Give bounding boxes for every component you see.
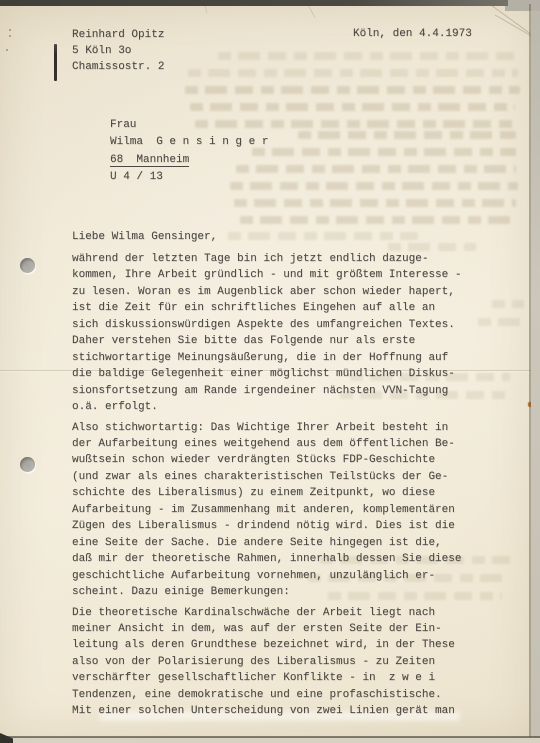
letter-line: Also stichwortartig: Das Wichtige Ihrer … xyxy=(72,420,461,436)
letter-line: Die theoretische Kardinalschwäche der Ar… xyxy=(72,605,461,621)
paragraph: Die theoretische Kardinalschwäche der Ar… xyxy=(72,605,461,720)
letter-line: wußtsein schon wieder verdrängten Stücks… xyxy=(72,452,461,468)
bleedthrough-text xyxy=(298,131,516,139)
bleedthrough-text xyxy=(218,52,518,60)
bleedthrough-text xyxy=(240,216,512,224)
letter-line: kommen, Ihre Arbeit gründlich - und mit … xyxy=(72,267,461,283)
recipient-name: Wilma G e n s i n g e r xyxy=(110,134,268,151)
letter-line: Aufarbeitung - im Zusammenhang mit ander… xyxy=(72,502,461,518)
bleedthrough-text xyxy=(492,300,524,308)
letter-line: Tendenzen, eine demokratische und eine p… xyxy=(72,687,461,703)
margin-pen-mark xyxy=(54,44,57,81)
dateline: Köln, den 4.4.1973 xyxy=(353,26,472,42)
sender-name: Reinhard Opitz xyxy=(72,27,164,43)
scan-edge-bottom xyxy=(0,738,540,743)
bleedthrough-text xyxy=(190,103,515,111)
bleedthrough-text xyxy=(188,69,518,77)
paper-bottom-edge xyxy=(0,736,540,738)
letter-line: geschichtliche Aufarbeitung vornehmen, u… xyxy=(72,568,461,584)
bleedthrough-text xyxy=(252,148,516,156)
letter-line: sionsfortsetzung am Rande irgendeiner nä… xyxy=(72,383,461,399)
letter-line: scheint. Dazu einige Bemerkungen: xyxy=(72,584,461,600)
scan-edge-top-right xyxy=(505,0,540,11)
recipient-city: 68 Mannheim xyxy=(110,152,268,169)
sender-city: 5 Köln 3o xyxy=(72,43,164,59)
letter-line: leitung als deren Grundthese bezeichnet … xyxy=(72,637,461,653)
paragraph: während der letzten Tage bin ich jetzt e… xyxy=(72,251,461,416)
bleedthrough-text xyxy=(234,199,516,207)
letter-line: also von der Polarisierung des Liberalis… xyxy=(72,654,461,670)
letter-line: sich diskussionswürdigen Aspekte des umf… xyxy=(72,317,461,333)
letter-line: stichwortartige Meinungsäußerung, die in… xyxy=(72,350,461,366)
recipient-city-underlined: 68 Mannheim xyxy=(110,154,189,167)
recipient-address: U 4 / 13 xyxy=(110,169,268,186)
letter-line: daß mir der theoretische Rahmen, innerha… xyxy=(72,551,461,567)
letter-line: Daher verstehen Sie bitte das Folgende n… xyxy=(72,333,461,349)
letter-line: schichte des Liberalismus) zu einem Zeit… xyxy=(72,485,461,501)
letter-line: der Aufarbeitung eines weitgehend aus de… xyxy=(72,436,461,452)
punch-hole-top xyxy=(20,258,35,273)
letter-line: verschärfter gesellschaftlicher Konflikt… xyxy=(72,670,461,686)
sender-street: Chamissostr. 2 xyxy=(72,59,164,75)
bleedthrough-text xyxy=(228,232,418,240)
sender-block: Reinhard Opitz 5 Köln 3o Chamissostr. 2 xyxy=(72,27,164,75)
scanned-letter-page: Reinhard Opitz 5 Köln 3o Chamissostr. 2 … xyxy=(0,0,540,743)
recipient-salutation: Frau xyxy=(110,117,268,134)
letter-salutation: Liebe Wilma Gensinger, xyxy=(72,229,217,246)
letter-line: Zügen des Liberalismus - drindend nötig … xyxy=(72,518,461,534)
recipient-block: Frau Wilma G e n s i n g e r 68 Mannheim… xyxy=(110,117,268,187)
bleedthrough-text xyxy=(230,182,518,190)
letter-line: ist die Zeit für ein schriftliches Einge… xyxy=(72,300,461,316)
letter-line: die baldige Gelegenheit einer möglichst … xyxy=(72,366,461,382)
paragraph: Also stichwortartig: Das Wichtige Ihrer … xyxy=(72,420,461,601)
scan-edge-top xyxy=(0,0,508,6)
margin-speck xyxy=(9,29,11,31)
bleedthrough-text xyxy=(388,243,476,251)
margin-speck xyxy=(9,35,11,37)
bleedthrough-text xyxy=(185,86,520,94)
bleedthrough-text xyxy=(478,318,524,326)
letter-line: während der letzten Tage bin ich jetzt e… xyxy=(72,251,461,267)
letter-line: Mit einer solchen Unterscheidung von zwe… xyxy=(72,703,461,719)
letter-line: meiner Ansicht in dem, was auf der erste… xyxy=(72,621,461,637)
paper-right-edge xyxy=(529,4,531,737)
letter-line: eine Seite der Sache. Die andere Seite h… xyxy=(72,535,461,551)
letter-line: (und zwar als eines charakteristischen T… xyxy=(72,469,461,485)
margin-speck xyxy=(6,49,8,51)
letter-line: zu lesen. Woran es im Augenblick aber sc… xyxy=(72,284,461,300)
bleedthrough-text xyxy=(236,165,516,173)
letter-body: während der letzten Tage bin ich jetzt e… xyxy=(72,251,461,724)
punch-hole-bottom xyxy=(20,457,35,472)
letter-line: o.ä. erfolgt. xyxy=(72,399,461,415)
scan-edge-right xyxy=(531,0,540,743)
